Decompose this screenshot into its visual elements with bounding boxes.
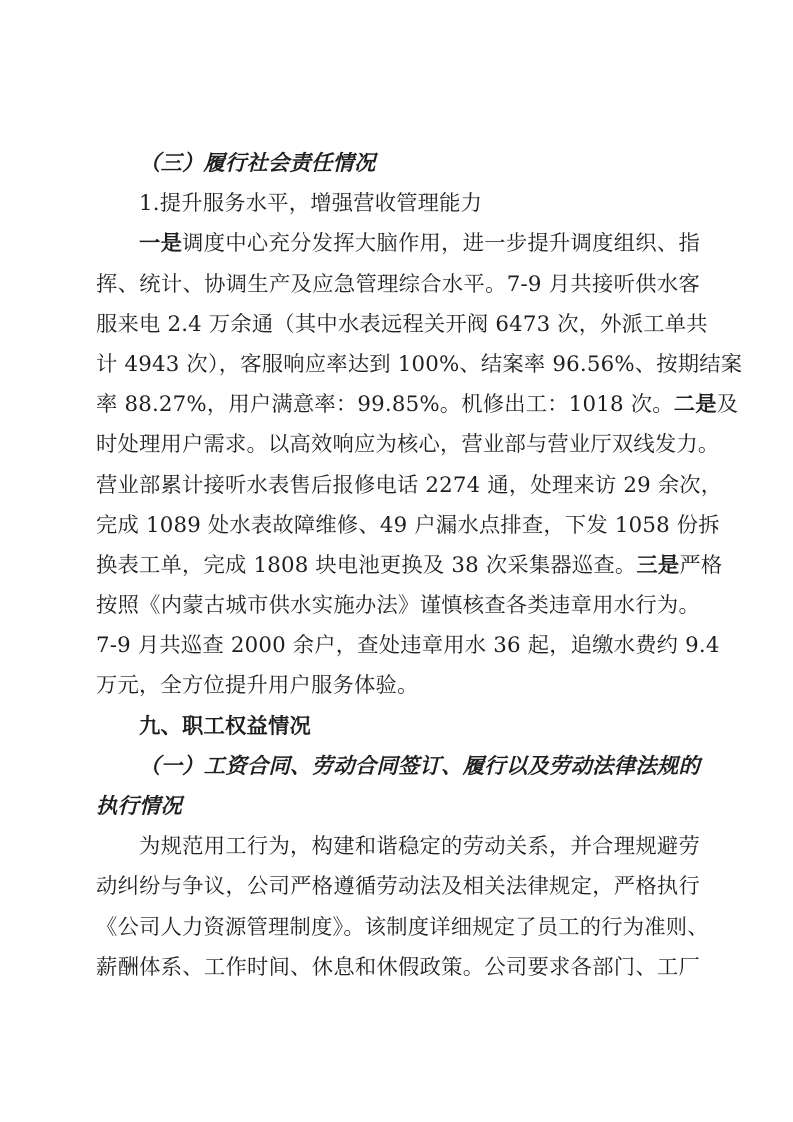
para-2-line-1: 为规范用工行为，构建和谐稳定的劳动关系，并合理规避劳: [96, 827, 700, 867]
para-1-line-5: 率 88.27%，用户满意率：99.85%。机修出工：1018 次。二是及: [96, 385, 700, 425]
para-1-line-10: 按照《内蒙古城市供水实施办法》谨慎核查各类违章用水行为。: [96, 586, 700, 626]
para-1-line-12: 万元，全方位提升用户服务体验。: [96, 666, 700, 706]
document-text-block: （三）履行社会责任情况 1.提升服务水平，增强营收管理能力 一是调度中心充分发挥…: [96, 144, 700, 988]
heading-sub-1: 1.提升服务水平，增强营收管理能力: [96, 184, 700, 224]
para-1-line-4: 计 4943 次），客服响应率达到 100%、结案率 96.56%、按期结案: [96, 345, 700, 385]
para-1-line-9: 换表工单，完成 1808 块电池更换及 38 次采集器巡查。三是严格: [96, 546, 700, 586]
document-page: （三）履行社会责任情况 1.提升服务水平，增强营收管理能力 一是调度中心充分发挥…: [0, 0, 793, 1122]
para-2-line-2: 动纠纷与争议，公司严格遵循劳动法及相关法律规定，严格执行: [96, 867, 700, 907]
heading-sub-9-line-1: （一）工资合同、劳动合同签订、履行以及劳动法律法规的: [96, 747, 700, 787]
heading-section-3: （三）履行社会责任情况: [96, 144, 700, 184]
para-1-line-3: 服来电 2.4 万余通（其中水表远程关开阀 6473 次，外派工单共: [96, 305, 700, 345]
heading-sub-9-line-2: 执行情况: [96, 787, 700, 827]
para-1-line-11: 7-9 月共巡查 2000 余户，查处违章用水 36 起，追缴水费约 9.4: [96, 626, 700, 666]
para-1-line-6: 时处理用户需求。以高效响应为核心，营业部与营业厅双线发力。: [96, 425, 700, 465]
para-2-line-3: 《公司人力资源管理制度》。该制度详细规定了员工的行为准则、: [96, 908, 700, 948]
para-1-line-7: 营业部累计接听水表售后报修电话 2274 通，处理来访 29 余次，: [96, 466, 700, 506]
para-1-line-2: 挥、统计、协调生产及应急管理综合水平。7-9 月共接听供水客: [96, 265, 700, 305]
para-1-line-8: 完成 1089 处水表故障维修、49 户漏水点排查，下发 1058 份拆: [96, 506, 700, 546]
para-2-line-4: 薪酬体系、工作时间、休息和休假政策。公司要求各部门、工厂: [96, 948, 700, 988]
heading-section-9: 九、职工权益情况: [96, 707, 700, 747]
para-1-line-1: 一是调度中心充分发挥大脑作用，进一步提升调度组织、指: [96, 224, 700, 264]
